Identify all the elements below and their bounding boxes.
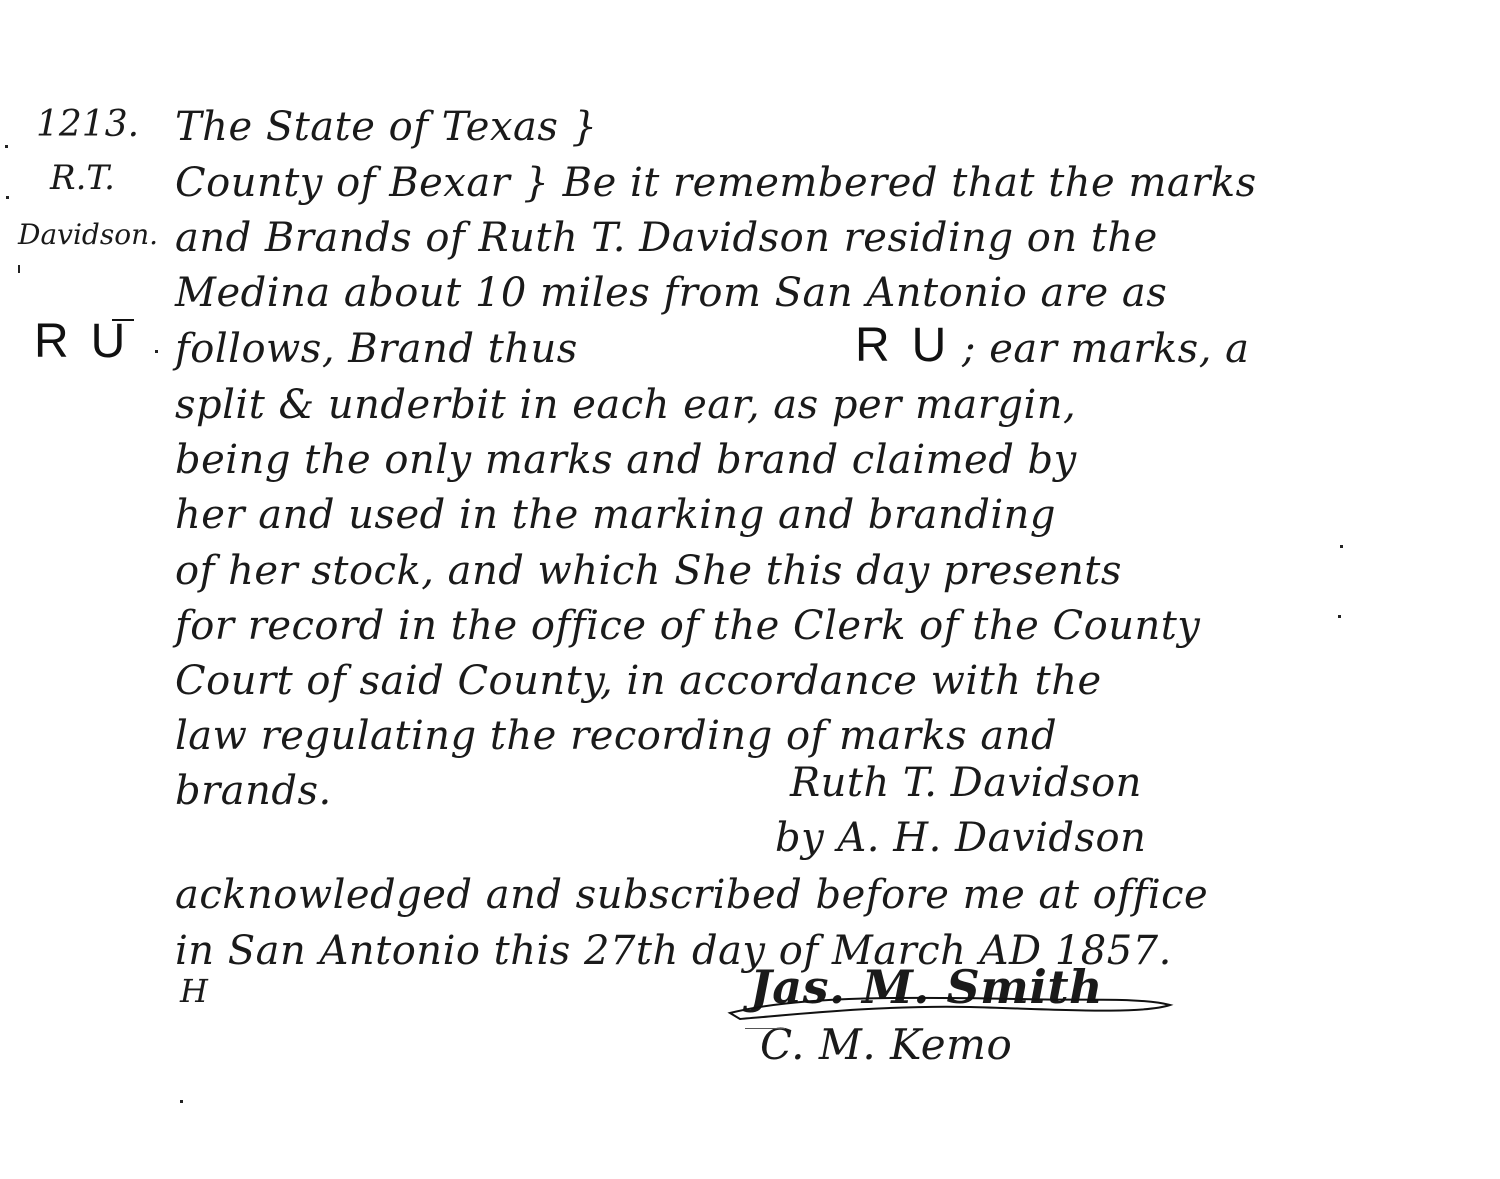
heading-state: The State of Texas } <box>175 104 598 150</box>
body-line-4: follows, Brand thus <box>175 326 578 372</box>
margin-surname: Davidson. <box>18 218 158 251</box>
body-line-8: of her stock, and which She this day pre… <box>175 548 1122 594</box>
body-line-3: Medina about 10 miles from San Antonio a… <box>175 270 1167 316</box>
scan-speck <box>5 145 8 148</box>
signer-by-line: by A. H. Davidson <box>775 815 1146 861</box>
body-line-11: law regulating the recording of marks an… <box>175 713 1057 759</box>
clerk-dash <box>745 1028 785 1029</box>
inline-brand-mark: RU <box>855 318 968 373</box>
scan-speck <box>1340 545 1343 548</box>
body-line-5: split & underbit in each ear, as per mar… <box>175 382 1076 428</box>
scanned-document-page: 1213. R.T. Davidson. RU The State of Tex… <box>0 0 1500 1179</box>
margin-brand-mark: RU <box>34 314 147 369</box>
scan-speck <box>6 196 9 199</box>
body-line-2: and Brands of Ruth T. Davidson residing … <box>175 215 1158 261</box>
body-line-9: for record in the office of the Clerk of… <box>175 603 1200 649</box>
acknowledgment-line-1: acknowledged and subscribed before me at… <box>175 872 1208 918</box>
margin-brand-overbar <box>112 319 134 321</box>
body-line-10: Court of said County, in accordance with… <box>175 658 1102 704</box>
margin-initials: R.T. <box>50 158 115 198</box>
body-line-1: County of Bexar } Be it remembered that … <box>175 160 1257 206</box>
signer-name: Ruth T. Davidson <box>790 760 1142 806</box>
inline-brand-suffix: ; ear marks, a <box>962 326 1250 372</box>
clerk-signature-line-2: C. M. Kemo <box>760 1020 1012 1069</box>
body-line-7: her and used in the marking and branding <box>175 492 1056 538</box>
scan-speck <box>155 350 158 353</box>
scan-speck <box>180 1100 183 1103</box>
body-line-12: brands. <box>175 768 332 814</box>
footer-letter: H <box>180 972 208 1010</box>
scan-speck <box>18 265 20 273</box>
body-line-6: being the only marks and brand claimed b… <box>175 437 1077 483</box>
record-number: 1213. <box>36 104 139 145</box>
scan-speck <box>1338 615 1341 618</box>
